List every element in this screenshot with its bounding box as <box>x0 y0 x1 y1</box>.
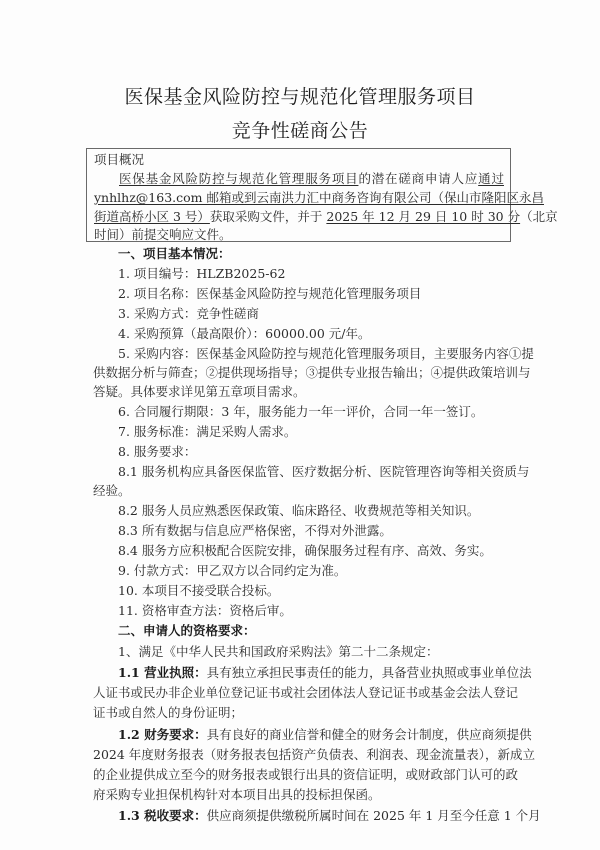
item-8-1-line-1: 8.1 服务机构应具备医保监管、医疗数据分析、医院管理咨询等相关资质与 <box>93 462 510 481</box>
document-title: 医保基金风险防控与规范化管理服务项目 <box>0 82 600 109</box>
item-service-requirements: 8. 服务要求： <box>93 442 510 461</box>
req-1-2-line-1: 1.2 财务要求：具有良好的商业信誉和健全的财务会计制度，供应商须提供 <box>93 725 510 744</box>
item-budget: 4. 采购预算（最高限价）：60000.00 元/年。 <box>93 324 510 343</box>
item-qualification-review: 11. 资格审查方法：资格后审。 <box>93 601 510 620</box>
req-1-2-line-2: 2024 年度财务报表（财务报表包括资产负债表、利润表、现金流量表），新成立 <box>93 745 510 764</box>
req-1-1-line-3: 证书或自然人的身份证明； <box>93 703 510 722</box>
req-text: 具有独立承担民事责任的能力，具备营业执照或事业单位法 <box>207 665 532 680</box>
item-8-1-line-2: 经验。 <box>93 481 510 500</box>
item-content-line-3: 答疑。具体要求详见第五章项目需求。 <box>93 382 510 401</box>
item-content-line-1: 5. 采购内容：医保基金风险防控与规范化管理服务项目，主要服务内容①提 <box>93 344 510 363</box>
req-label: 1.3 税收要求： <box>118 808 207 823</box>
req-text: 具有良好的商业信誉和健全的财务会计制度，供应商须提供 <box>207 727 532 742</box>
req-1-1-line-2: 人证书或民办非企业单位登记证书或社会团体法人登记证书或基金会法人登记 <box>93 683 510 702</box>
project-overview-box: 项目概况 医保基金风险防控与规范化管理服务项目的潜在磋商申请人应通过 ynhlh… <box>86 148 511 242</box>
item-content-line-2: 供数据分析与筛查；②提供现场指导；③提供专业报告输出；④提供政策培训与 <box>93 363 510 382</box>
req-label: 1.1 营业执照： <box>118 665 207 680</box>
item-contract-term: 6. 合同履行期限：3 年，服务能力一年一评价，合同一年一签订。 <box>93 402 510 421</box>
section-heading-1: 一、项目基本情况： <box>93 244 510 263</box>
req-text: 供应商须提供缴税所属时间在 2025 年 1 月至今任意 1 个月 <box>207 808 541 823</box>
contact-address-underlined: ynhlhz@163.com 邮箱或到云南洪力汇中商务咨询有限公司（保山市隆阳区… <box>94 190 544 205</box>
deadline-underlined: 2025 年 12 月 29 日 10 时 30 分 <box>326 209 520 224</box>
overview-line-1: 医保基金风险防控与规范化管理服务项目的潜在磋商申请人应通过 <box>94 169 504 188</box>
overview-text: 的潜在磋商申请人应 <box>358 171 478 186</box>
overview-underlined: 通过 <box>478 171 504 186</box>
overview-heading: 项目概况 <box>94 150 504 169</box>
overview-line-2: ynhlhz@163.com 邮箱或到云南洪力汇中商务咨询有限公司（保山市隆阳区… <box>94 188 504 207</box>
item-procurement-method: 3. 采购方式：竞争性磋商 <box>93 304 510 323</box>
item-service-standard: 7. 服务标准：满足采购人需求。 <box>93 422 510 441</box>
overview-text: 获取采购文件，并于 <box>210 209 326 224</box>
req-1-2-line-3: 的企业提供成立至今的财务报表或银行出具的资信证明，或财政部门认可的政 <box>93 765 510 784</box>
item-project-name: 2. 项目名称：医保基金风险防控与规范化管理服务项目 <box>93 284 510 303</box>
item-payment: 9. 付款方式：甲乙双方以合同约定为准。 <box>93 561 510 580</box>
req-label: 1.2 财务要求： <box>118 727 207 742</box>
item-joint-bid: 10. 本项目不接受联合投标。 <box>93 581 510 600</box>
req-1-1-line-1: 1.1 营业执照：具有独立承担民事责任的能力，具备营业执照或事业单位法 <box>93 663 510 682</box>
item-8-2: 8.2 服务人员应熟悉医保政策、临床路径、收费规范等相关知识。 <box>93 501 510 520</box>
address-underlined: 街道高桥小区 3 号） <box>94 209 210 224</box>
overview-line-4: 时间）前提交响应文件。 <box>94 225 504 244</box>
req-1-3-line-1: 1.3 税收要求：供应商须提供缴税所属时间在 2025 年 1 月至今任意 1 … <box>93 806 510 825</box>
document-subtitle: 竞争性磋商公告 <box>0 116 600 143</box>
item-project-number: 1. 项目编号：HLZB2025-62 <box>93 264 510 283</box>
project-name-underlined: 医保基金风险防控与规范化管理服务项目 <box>119 171 358 186</box>
overview-text: （北京 <box>520 209 558 224</box>
item-8-3: 8.3 所有数据与信息应严格保密，不得对外泄露。 <box>93 521 510 540</box>
item-8-4: 8.4 服务方应积极配合医院安排，确保服务过程有序、高效、务实。 <box>93 541 510 560</box>
req-1-2-line-4: 府采购专业担保机构针对本项目出具的投标担保函。 <box>93 785 510 804</box>
section-heading-2: 二、申请人的资格要求： <box>93 621 510 640</box>
document-page: 医保基金风险防控与规范化管理服务项目 竞争性磋商公告 项目概况 医保基金风险防控… <box>0 0 600 850</box>
req-1: 1、满足《中华人民共和国政府采购法》第二十二条规定： <box>93 642 510 661</box>
overview-line-3: 街道高桥小区 3 号）获取采购文件，并于 2025 年 12 月 29 日 10… <box>94 207 504 226</box>
